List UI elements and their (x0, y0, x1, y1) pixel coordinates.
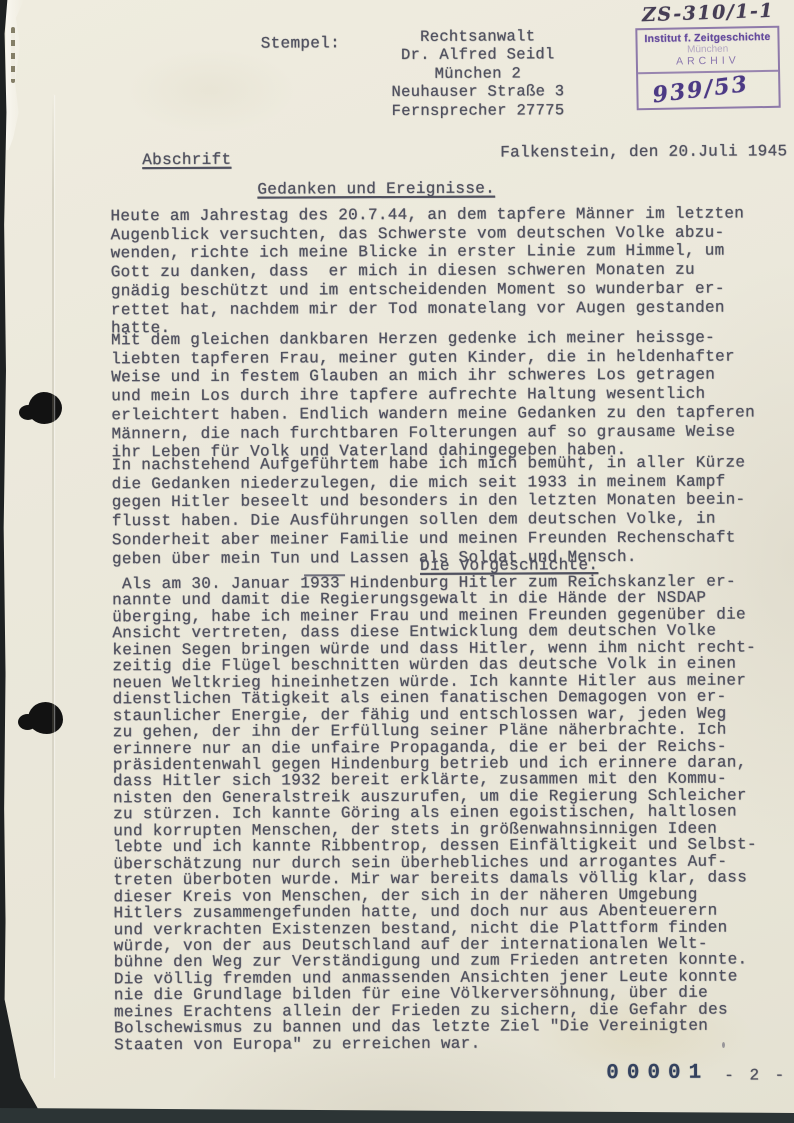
serial-number-stamp: 00001 (606, 1062, 709, 1085)
overstrike-mark-1933 (304, 574, 345, 576)
punch-hole-bottom (28, 702, 63, 734)
scanned-page: Stempel: Rechtsanwalt Dr. Alfred Seidl M… (0, 0, 794, 1123)
stamp-archiv-label: ARCHIV (638, 54, 778, 68)
document-title: Gedanken und Ereignisse. (257, 180, 495, 199)
staple-mark (11, 27, 15, 83)
paragraph-1: Heute am Jahrestag des 20.7.44, an dem t… (110, 204, 744, 338)
punch-hole-top (28, 392, 62, 424)
typewritten-layer: Stempel: Rechtsanwalt Dr. Alfred Seidl M… (0, 0, 794, 1123)
section-heading: Die Vorgeschichte. (420, 556, 598, 575)
stempel-label: Stempel: (261, 34, 340, 52)
section-paragraph: Als am 30. Januar 1933 Hindenburg Hitler… (112, 573, 758, 1053)
dateline: Falkenstein, den 20.Juli 1945 (500, 142, 787, 161)
paragraph-2: Mit dem gleichen dankbaren Herzen gedenk… (111, 328, 755, 462)
handwritten-archive-ref: ZS-310/1-1 (642, 0, 775, 26)
archive-stamp: Institut f. Zeitgeschichte München ARCHI… (635, 26, 780, 111)
letterhead-address: Rechtsanwalt Dr. Alfred Seidl München 2 … (376, 27, 580, 120)
paper-crease (52, 95, 54, 1078)
archive-stamp-header: Institut f. Zeitgeschichte München ARCHI… (637, 28, 778, 74)
paragraph-3: In nachstehend Aufgeführtem habe ich mic… (112, 453, 746, 568)
ink-speck (722, 1042, 725, 1048)
paper: Stempel: Rechtsanwalt Dr. Alfred Seidl M… (0, 0, 794, 1123)
abschrift-label: Abschrift (142, 151, 231, 169)
page-number: - 2 - (724, 1066, 787, 1084)
